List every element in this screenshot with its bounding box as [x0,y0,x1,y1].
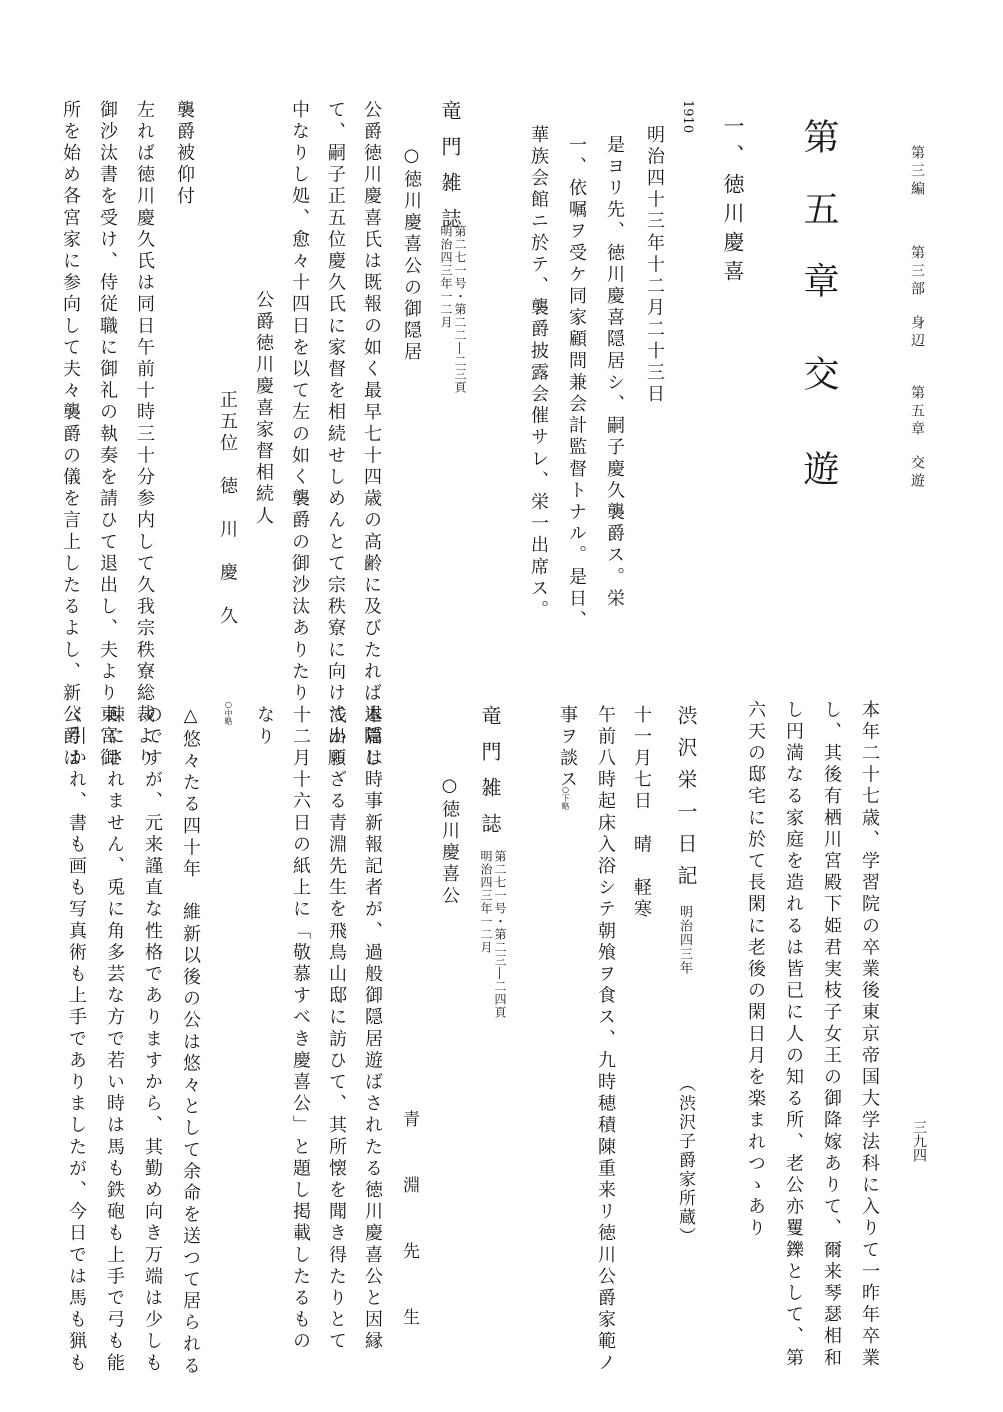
source3-citation-line1: 第二七一号・第二三―二四頁 [494,850,506,1019]
entry-summary-line-3: 華族会館ニ於テ、襲爵披露会催サレ、栄一出席ス。 [529,125,547,622]
source3-citation-line2: 明治四三年一二月 [480,850,492,1019]
source3-intro-line-3: 十二月十六日の紙上に「敬慕すべき慶喜公」と題し掲載したるもの [291,705,309,1353]
section-heading: 一、徳川慶喜 [722,115,743,289]
source1-citation-line1: 第二七一号・第二二―二三頁 [454,225,466,394]
source1-title: 竜門雑誌 [440,100,460,244]
source1-citation-line2: 明治四三年一二月 [440,225,452,394]
header-section: 第三部 [910,245,924,299]
source2-era: 明治四三年 [678,905,691,975]
source1-article-title: ○徳川慶喜公の御隠居 [402,145,420,364]
source3-body-line-2: のですが、元来謹直な性格でありますから、其勤め向き万端は少しも [143,705,161,1375]
source2-omitted-note: ○下略 [561,785,569,810]
western-year: 1910 [680,100,695,133]
chapter-char-4: 交 [800,355,836,391]
continuation-line-2: し、其後有栖川宮殿下姫君実枝子女王の御降嫁ありて、爾来琴瑟相和 [822,700,840,1370]
entry-summary-line-1: 是ヨリ先、徳川慶喜隠居シ、嗣子慶久襲爵ス。栄 [605,135,623,610]
source2-title: 渋沢栄一日記 [676,705,696,897]
page-number: 三九四 [912,1120,926,1162]
chapter-char-1: 第 [800,118,836,154]
source1-body-line-1: 公爵徳川慶喜氏は既報の如く最早七十四歳の高齢に及びたれば退隠し [362,100,380,770]
source3-title: 竜門雑誌 [480,705,500,849]
source3-body-line-4: く引かれ、書も画も写真術も上手でありましたが、今日では馬も猟も [67,705,85,1375]
source1-body-line-3: 中なりし処、愈々十四日を以て左の如く襲爵の御沙汰ありたり [290,100,308,705]
source2-line-3: 事ヲ談ス [558,705,576,791]
source3-intro-line-2: 浅からざる青淵先生を飛鳥山邸に訪ひて、其所懐を聞き得たりとて [327,705,345,1353]
continuation-line-1: 本年二十七歳、学習院の卒業後東京帝国大学法科に入りて一昨年卒業 [860,700,878,1370]
notice-line-1: 公爵徳川慶喜家督相続人 [254,290,272,528]
notice-line-2: 正五位 徳 川 慶 久 [218,390,236,628]
chapter-char-3: 章 [800,262,836,298]
source1-body2-line-2: 御沙汰書を受け、侍従職に御礼の執奏を請ひて退出し、夫より東宮御 [98,100,116,770]
chapter-char-5: 遊 [800,450,836,486]
source3-author: 青 淵 先 生 [400,1110,417,1341]
header-part: 第三編 [910,145,924,199]
source3-body-line-1: △悠々たる四十年 維新以後の公は悠々として余命を送つて居られる [181,705,199,1378]
source2-holder: （渋沢子爵家所蔵） [676,1075,693,1246]
source3-omitted-note: ○中略 [224,700,232,725]
source3-article-title: ○徳川慶喜公 [440,775,458,908]
source3-intro-line-1: 本篇は時事新報記者が、過般御隠居遊ばされたる徳川慶喜公と因縁 [363,705,381,1353]
source3-citation: 第二七一号・第二三―二四頁 明治四三年一二月 [480,850,506,1019]
header-chapter: 第五章 [910,385,924,439]
source1-body-line-2: て、嗣子正五位慶久氏に家督を相続せしめんとて宗秩寮に向けて出願 [326,100,344,770]
source1-citation: 第二七一号・第二二―二三頁 明治四三年一二月 [440,225,466,394]
header-chapter-title: 交遊 [910,455,924,491]
source1-body2-line-3: 所を始め各宮家に参向して夫々襲爵の儀を言上したるよし、新公爵は [61,100,79,770]
source1-body2-line-1: 左れば徳川慶久氏は同日午前十時三十分参内して久我宗秩寮総裁より [135,100,153,770]
source2-line-1: 十一月七日 晴 軽寒 [632,705,650,921]
source3-body-line-3: 疎にされません、兎に角多芸な方で若い時は馬も鉄砲も上手で弓も能 [105,705,123,1375]
notice-line-3: 襲爵被仰付 [175,100,193,208]
continuation-line-3: し円満なる家庭を造れるは皆已に人の知る所、老公亦矍鑠として、第 [784,700,802,1370]
header-section-title: 身辺 [910,315,924,351]
source3-intro-line-4: なり [255,705,273,748]
chapter-char-2: 五 [800,190,836,226]
entry-summary-line-2: 一、依嘱ヲ受ケ同家顧問兼会計監督トナル。是日、 [567,135,585,632]
entry-date: 明治四十三年十二月二十三日 [645,125,663,406]
continuation-line-4: 六天の邸宅に於て長閑に老後の閑日月を楽まれつゝあり [746,700,764,1240]
source2-line-2: 午前八時起床入浴シテ朝飧ヲ食ス、九時穂積陳重来リ徳川公爵家範ノ [596,705,614,1375]
